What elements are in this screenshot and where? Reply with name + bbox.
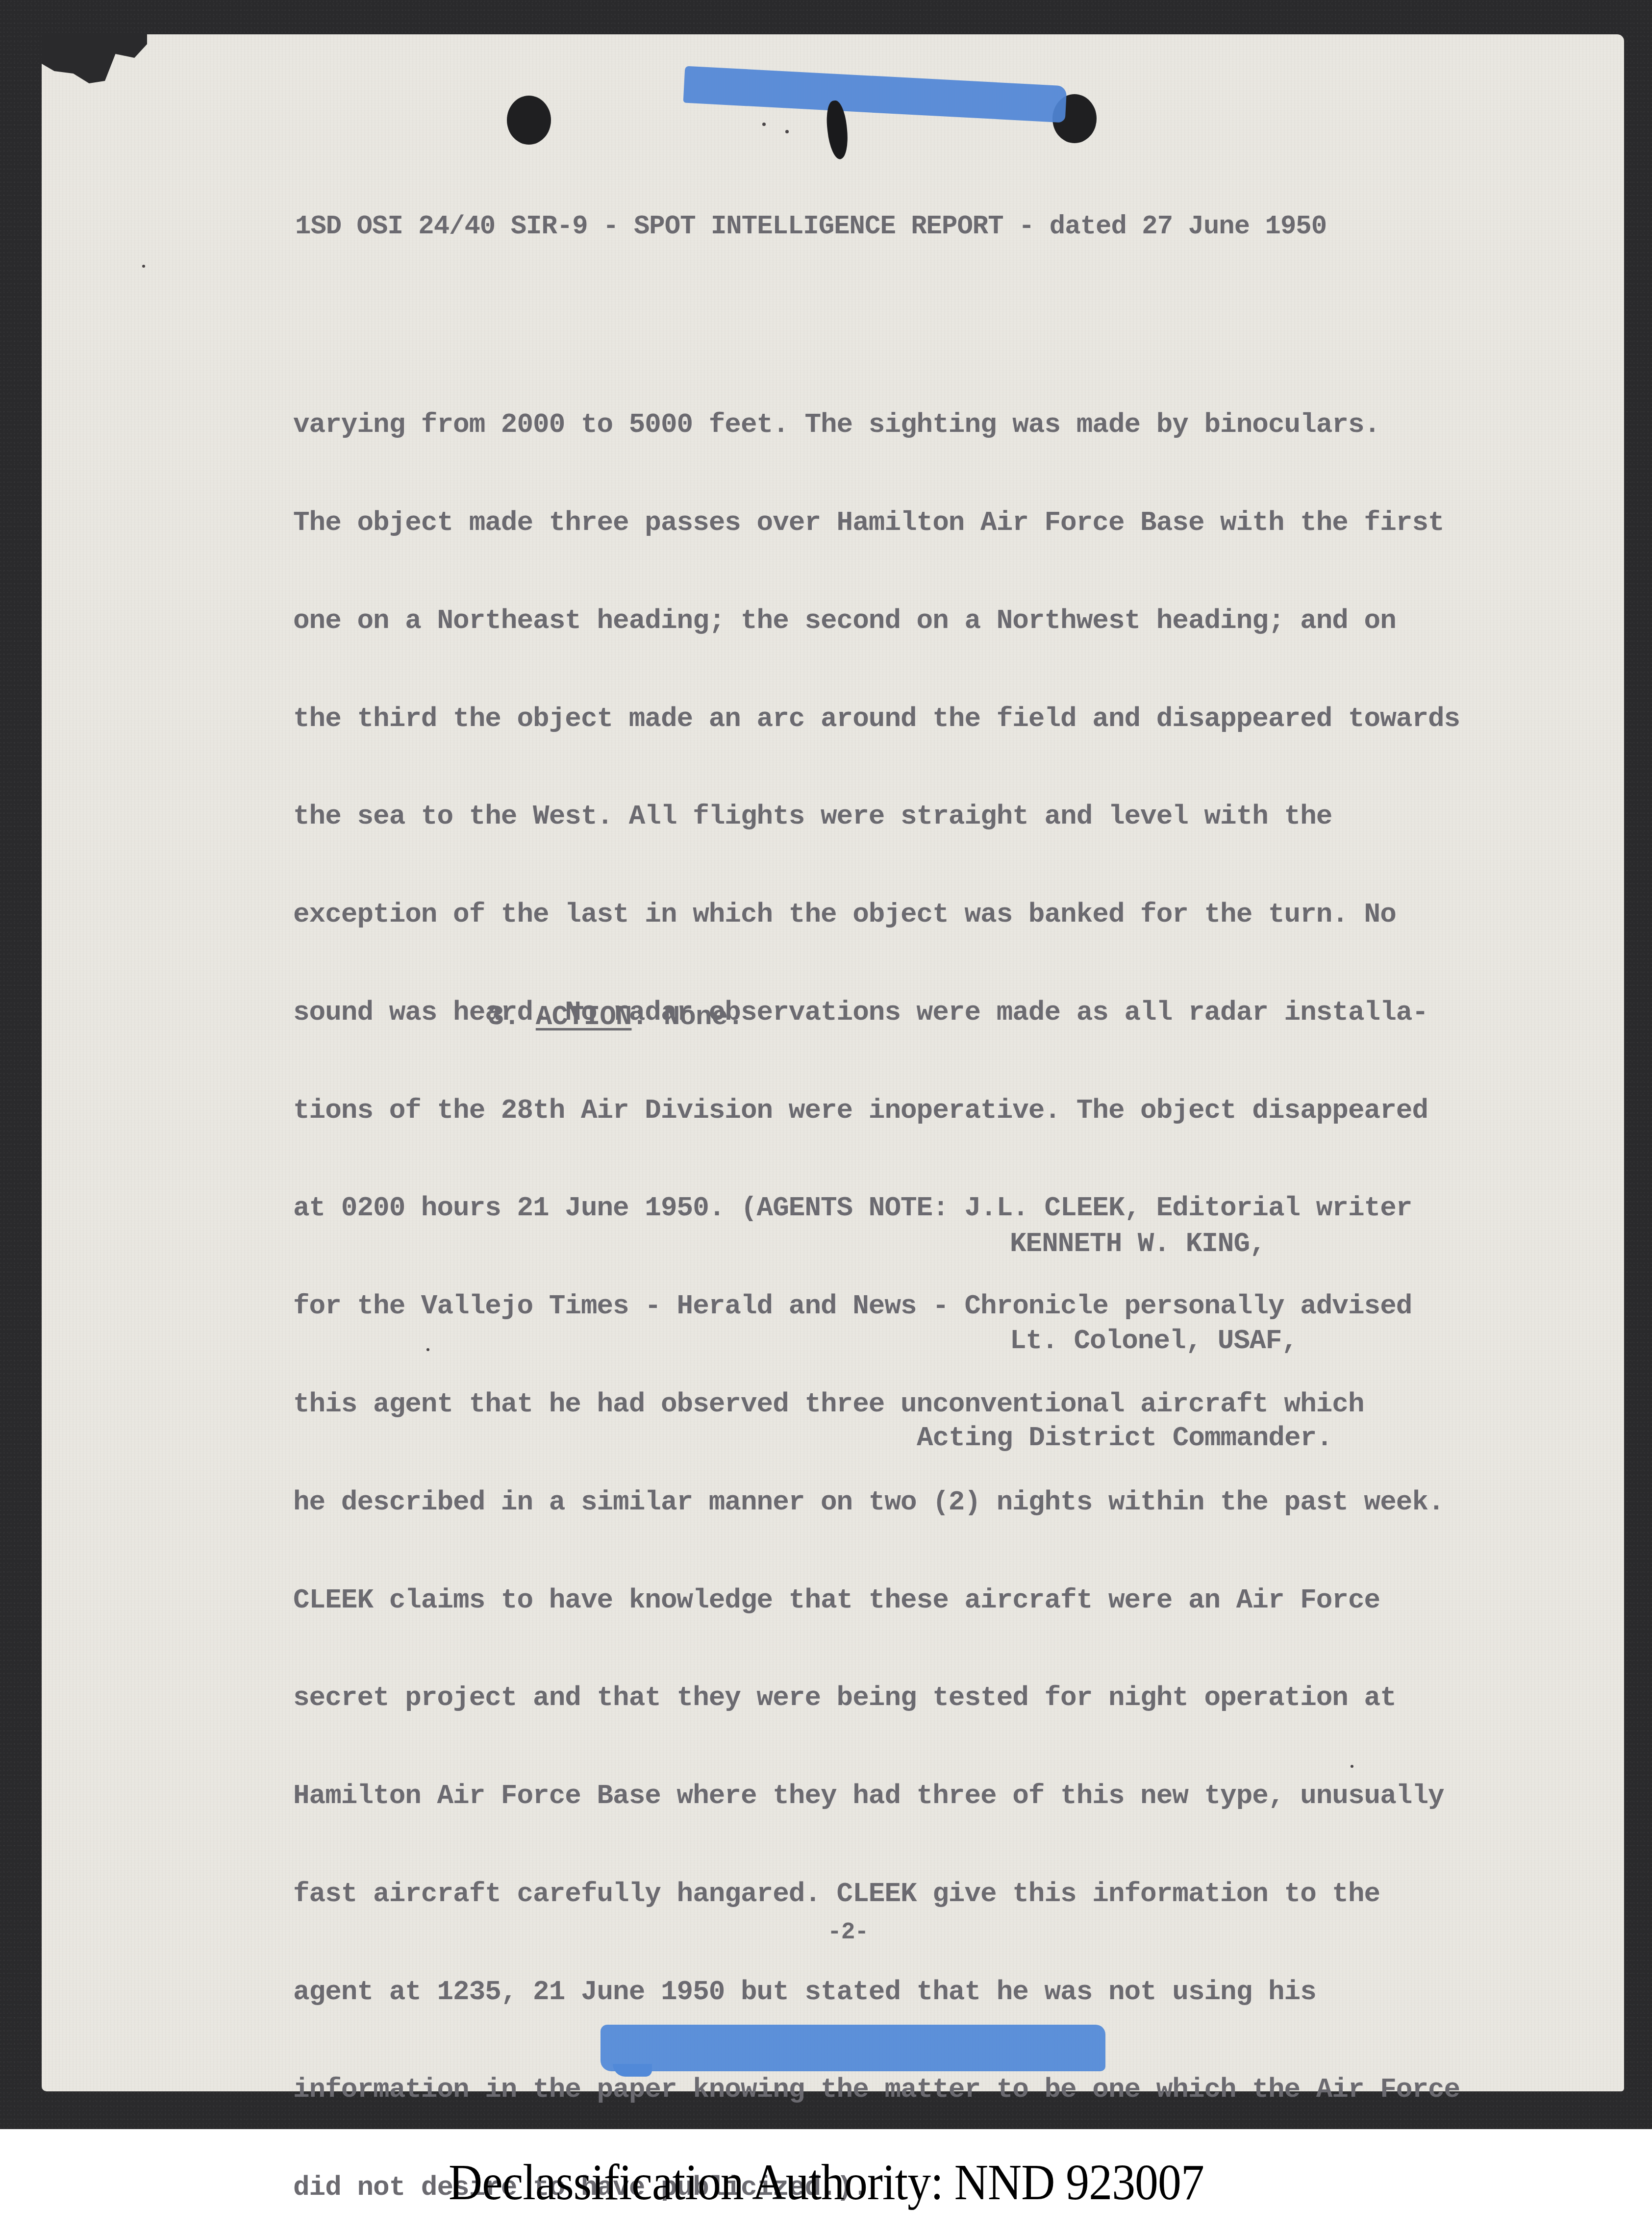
body-line: the sea to the West. All flights were st…: [293, 800, 1460, 833]
blue-redaction-mark-bottom: [601, 2025, 1105, 2071]
body-line: secret project and that they were being …: [293, 1682, 1460, 1714]
action-separator: :: [631, 1001, 648, 1032]
action-label: ACTION: [536, 1001, 632, 1032]
speck: [762, 123, 766, 126]
body-line: varying from 2000 to 5000 feet. The sigh…: [293, 408, 1460, 441]
action-number: 3.: [488, 1001, 520, 1032]
blue-redaction-mark-tail: [613, 2064, 652, 2077]
body-line: The object made three passes over Hamilt…: [293, 506, 1460, 539]
body-line: Hamilton Air Force Base where they had t…: [293, 1780, 1460, 1812]
signatory-title: Acting District Commander.: [917, 1422, 1332, 1454]
punch-hole-icon: [507, 96, 551, 145]
signatory-name: KENNETH W. KING,: [917, 1228, 1332, 1260]
page-number: -2-: [827, 1919, 868, 1946]
body-line: exception of the last in which the objec…: [293, 898, 1460, 931]
declassification-caption: Declassification Authority: NND 923007: [0, 2129, 1652, 2235]
body-line: agent at 1235, 21 June 1950 but stated t…: [293, 1976, 1460, 2009]
report-header: 1SD OSI 24/40 SIR-9 - SPOT INTELLIGENCE …: [295, 212, 1327, 242]
declassification-text: Declassification Authority: NND 923007: [449, 2153, 1204, 2211]
signature-block: KENNETH W. KING, Lt. Colonel, USAF, Acti…: [917, 1163, 1332, 1486]
speck: [785, 130, 789, 133]
body-line: he described in a similar manner on two …: [293, 1486, 1460, 1519]
body-line: sound was heard. No radar observations w…: [293, 996, 1460, 1029]
action-section: 3. ACTION: None.: [488, 1001, 744, 1032]
speck: [142, 265, 145, 268]
body-line: tions of the 28th Air Division were inop…: [293, 1094, 1460, 1127]
body-line: one on a Northeast heading; the second o…: [293, 604, 1460, 637]
body-line: fast aircraft carefully hangared. CLEEK …: [293, 1878, 1460, 1910]
signatory-rank: Lt. Colonel, USAF,: [917, 1325, 1332, 1357]
body-line: CLEEK claims to have knowledge that thes…: [293, 1584, 1460, 1617]
action-value: None.: [664, 1001, 744, 1032]
body-line: information in the paper knowing the mat…: [293, 2073, 1460, 2106]
body-line: the third the object made an arc around …: [293, 703, 1460, 735]
